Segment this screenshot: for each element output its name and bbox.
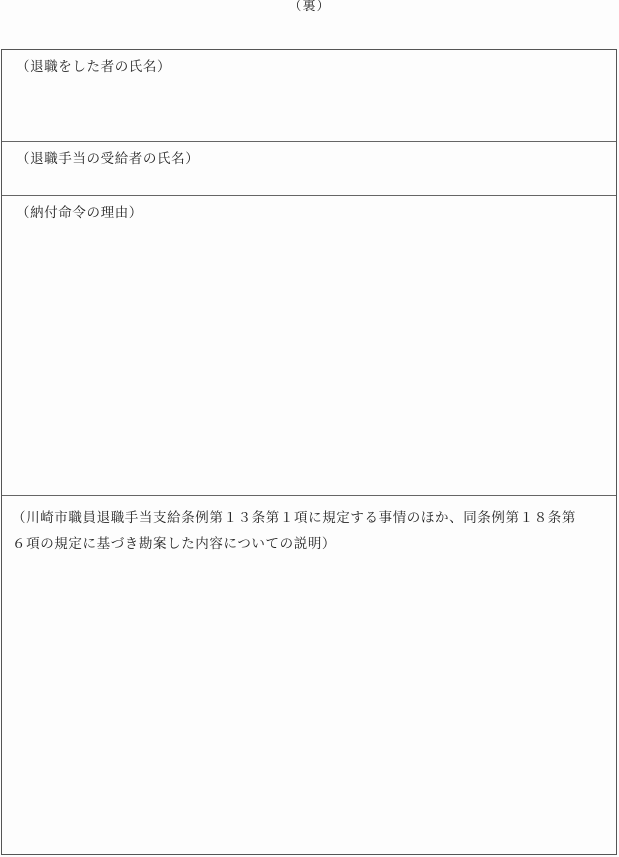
page-side-label: （裏）	[0, 0, 619, 14]
explanation-field[interactable]	[2, 560, 616, 854]
notice-form-table: （退職をした者の氏名） （退職手当の受給者の氏名） （納付命令の理由） （川崎市…	[1, 49, 617, 855]
payment-order-reason-label: （納付命令の理由）	[16, 204, 143, 222]
retiree-name-row: （退職をした者の氏名）	[2, 50, 616, 141]
explanation-label-line2: ６項の規定に基づき勘案した内容についての説明）	[12, 531, 616, 557]
retiree-name-field[interactable]	[2, 80, 616, 141]
explanation-label: （川崎市職員退職手当支給条例第１３条第１項に規定する事情のほか、同条例第１８条第…	[12, 505, 616, 557]
explanation-label-line1: （川崎市職員退職手当支給条例第１３条第１項に規定する事情のほか、同条例第１８条第	[12, 505, 616, 531]
retiree-name-label: （退職をした者の氏名）	[16, 58, 171, 76]
payment-order-reason-row: （納付命令の理由）	[2, 195, 616, 495]
recipient-name-label: （退職手当の受給者の氏名）	[16, 150, 199, 168]
recipient-name-row: （退職手当の受給者の氏名）	[2, 141, 616, 195]
payment-order-reason-field[interactable]	[2, 226, 616, 495]
recipient-name-field[interactable]	[2, 172, 616, 195]
explanation-row: （川崎市職員退職手当支給条例第１３条第１項に規定する事情のほか、同条例第１８条第…	[2, 495, 616, 854]
